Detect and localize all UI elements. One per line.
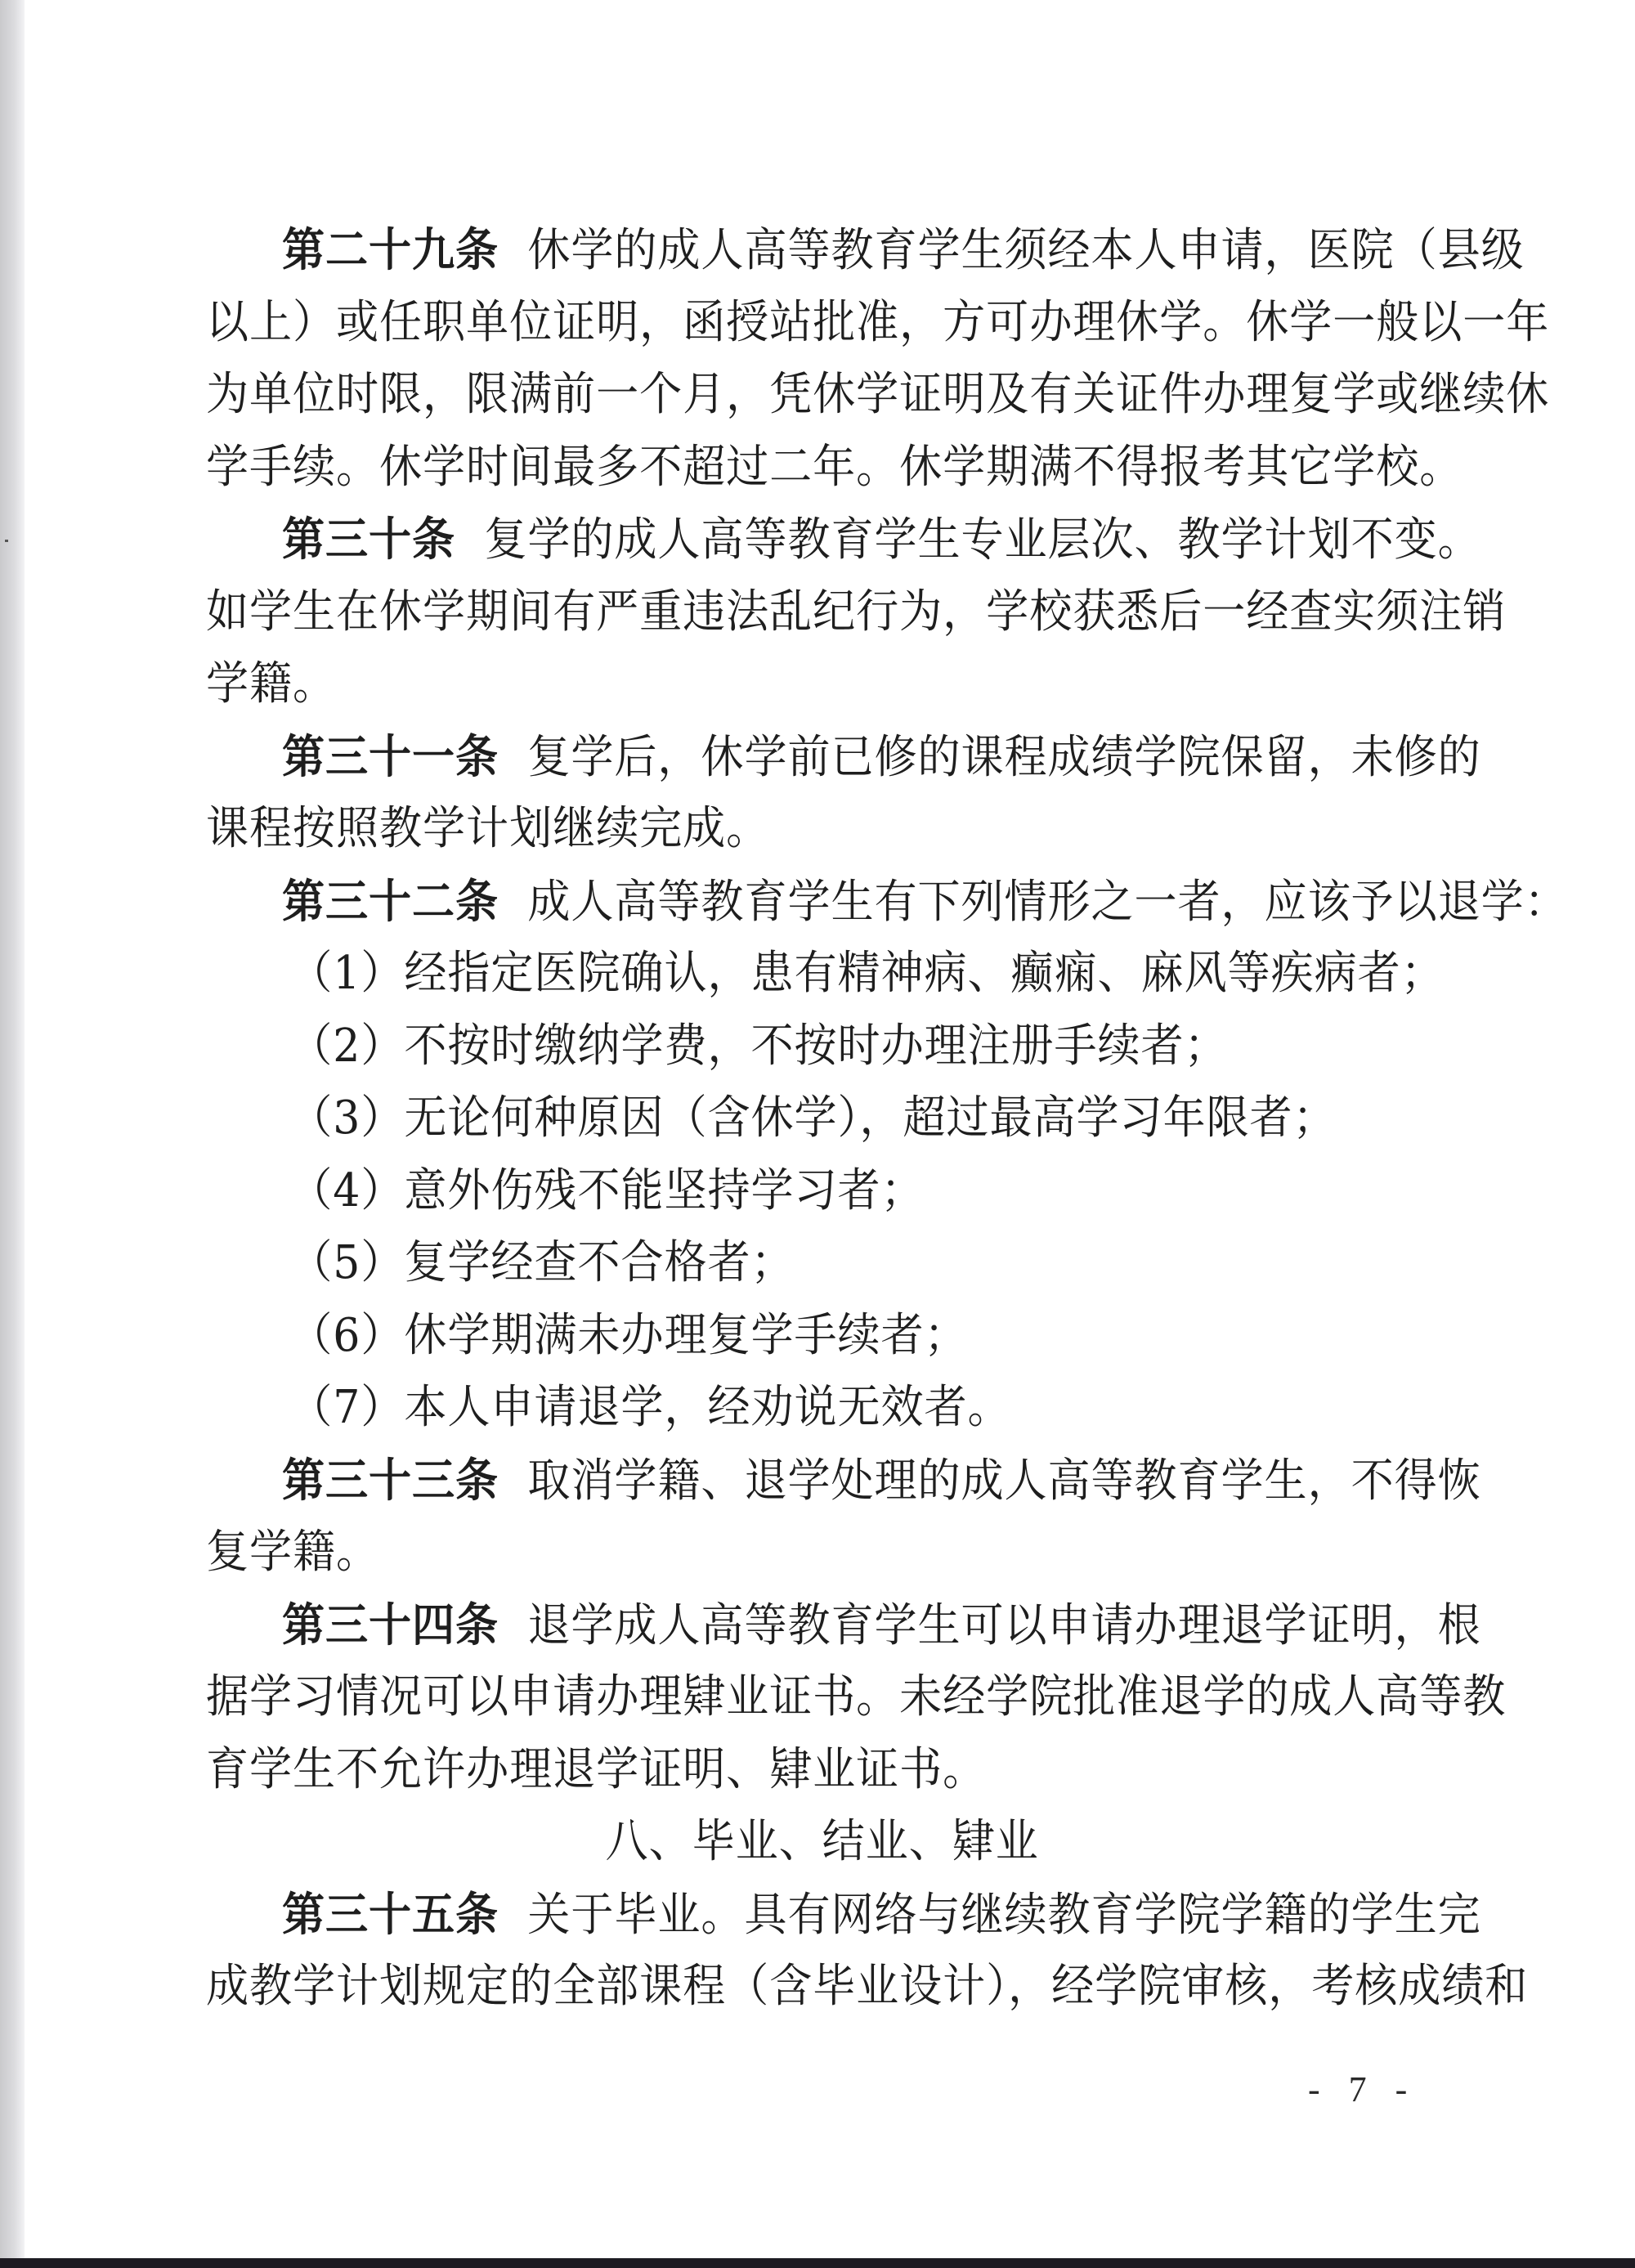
article-33-line-1: 第三十三条取消学籍、退学处理的成人高等教育学生，不得恢 bbox=[206, 1445, 1324, 1517]
article-heading: 第三十二条 bbox=[282, 875, 499, 929]
article-heading: 第三十四条 bbox=[282, 1598, 499, 1652]
article-29-line-2: 以上）或任职单位证明，函授站批准，方可办理休学。休学一般以一年 bbox=[206, 287, 1324, 360]
article-31-line-1: 第三十一条复学后，休学前已修的课程成绩学院保留，未修的 bbox=[206, 721, 1324, 794]
article-31-line-2: 课程按照教学计划继续完成。 bbox=[206, 793, 1324, 866]
section-title: 八、毕业、结业、肄业 bbox=[248, 1806, 1365, 1879]
article-32-line-1: 第三十二条成人高等教育学生有下列情形之一者，应该予以退学： bbox=[206, 866, 1324, 939]
article-29-line-3: 为单位时限，限满前一个月，凭休学证明及有关证件办理复学或继续休 bbox=[206, 359, 1324, 432]
document-page: 第二十九条休学的成人高等教育学生须经本人申请，医院（县级 以上）或任职单位证明，… bbox=[206, 214, 1408, 2024]
list-item: （3）无论何种原因（含休学），超过最高学习年限者； bbox=[206, 1082, 1324, 1155]
article-30-line-1: 第三十条复学的成人高等教育学生专业层次、教学计划不变。 bbox=[206, 504, 1324, 576]
article-heading: 第三十一条 bbox=[282, 730, 499, 784]
list-item: （7）本人申请退学，经劝说无效者。 bbox=[206, 1372, 1324, 1445]
list-item: （2）不按时缴纳学费，不按时办理注册手续者； bbox=[206, 1011, 1324, 1083]
scan-speck bbox=[5, 540, 8, 542]
article-heading: 第三十五条 bbox=[282, 1888, 499, 1942]
article-29-line-1: 第二十九条休学的成人高等教育学生须经本人申请，医院（县级 bbox=[206, 214, 1324, 287]
list-item: （4）意外伤残不能坚持学习者； bbox=[206, 1155, 1324, 1228]
article-heading: 第二十九条 bbox=[282, 223, 499, 277]
article-heading: 第三十三条 bbox=[282, 1454, 499, 1508]
scan-left-margin-shadow bbox=[0, 0, 25, 2258]
article-33-line-2: 复学籍。 bbox=[206, 1517, 1324, 1589]
article-30-line-2: 如学生在休学期间有严重违法乱纪行为，学校获悉后一经查实须注销 bbox=[206, 576, 1324, 649]
article-34-line-1: 第三十四条退学成人高等教育学生可以申请办理退学证明，根 bbox=[206, 1589, 1324, 1662]
article-34-line-3: 育学生不允许办理退学证明、肄业证书。 bbox=[206, 1734, 1324, 1807]
article-34-line-2: 据学习情况可以申请办理肄业证书。未经学院批准退学的成人高等教 bbox=[206, 1661, 1324, 1734]
list-item: （6）休学期满未办理复学手续者； bbox=[206, 1300, 1324, 1373]
list-item: （5）复学经查不合格者； bbox=[206, 1227, 1324, 1300]
scan-bottom-edge bbox=[0, 2258, 1635, 2268]
page-number: - 7 - bbox=[1308, 2069, 1417, 2110]
article-heading: 第三十条 bbox=[282, 513, 455, 567]
article-30-line-3: 学籍。 bbox=[206, 648, 1324, 721]
article-29-line-4: 学手续。休学时间最多不超过二年。休学期满不得报考其它学校。 bbox=[206, 432, 1324, 504]
article-35-line-2: 成教学计划规定的全部课程（含毕业设计），经学院审核，考核成绩和 bbox=[206, 1951, 1324, 2024]
article-35-line-1: 第三十五条关于毕业。具有网络与继续教育学院学籍的学生完 bbox=[206, 1879, 1324, 1952]
list-item: （1）经指定医院确认，患有精神病、癫痫、麻风等疾病者； bbox=[206, 938, 1324, 1011]
